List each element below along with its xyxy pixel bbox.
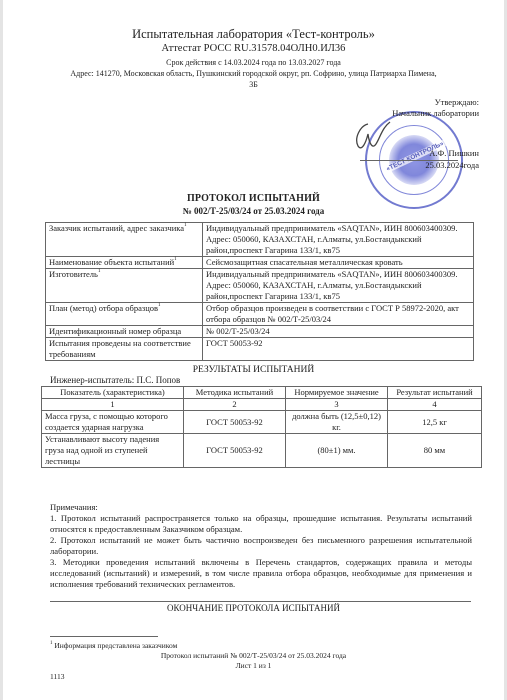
- col-number: 1: [42, 399, 184, 411]
- signature-icon: [350, 116, 400, 156]
- results-title: РЕЗУЛЬТАТЫ ИСПЫТАНИЙ: [0, 365, 507, 375]
- notes-title: Примечания:: [50, 502, 472, 513]
- norm-cell: должна быть (12,5±0,12) кг.: [286, 411, 388, 434]
- method-cell: ГОСТ 50053-92: [184, 434, 286, 468]
- info-value: Сейсмозащитная спасательная металлическа…: [203, 257, 474, 269]
- result-cell: 80 мм: [388, 434, 482, 468]
- table-row: Заказчик испытаний, адрес заказчика1 Инд…: [46, 223, 474, 257]
- info-value: Индивидуальный предприниматель «SAQTAN»,…: [203, 223, 474, 257]
- lab-name: Испытательная лаборатория «Тест-контроль…: [0, 27, 507, 42]
- table-header-row: Показатель (характеристика) Методика исп…: [42, 387, 482, 399]
- note-item: 3. Методики проведения испытаний включен…: [50, 557, 472, 590]
- col-header-indicator: Показатель (характеристика): [42, 387, 184, 399]
- col-number: 2: [184, 399, 286, 411]
- accreditation: Аттестат РОСС RU.31578.04ОЛН0.ИЛ36: [0, 43, 507, 54]
- info-key: Наименование объекта испытаний1: [46, 257, 203, 269]
- info-key: Идентификационный номер образца: [46, 326, 203, 338]
- table-row: Испытания проведены на соответствие треб…: [46, 338, 474, 361]
- footnote-divider: [50, 636, 158, 637]
- results-table: Показатель (характеристика) Методика исп…: [41, 386, 482, 468]
- notes-section: Примечания: 1. Протокол испытаний распро…: [50, 502, 472, 590]
- footer-sheet: Лист 1 из 1: [0, 661, 507, 670]
- lab-address-cont: 3Б: [0, 80, 507, 89]
- info-value: Отбор образцов произведен в соответствии…: [203, 303, 474, 326]
- indicator-cell: Масса груза, с помощью которого создаетс…: [42, 411, 184, 434]
- info-table: Заказчик испытаний, адрес заказчика1 Инд…: [45, 222, 474, 361]
- info-key: Заказчик испытаний, адрес заказчика1: [46, 223, 203, 257]
- approve-label: Утверждаю:: [435, 97, 479, 107]
- protocol-number: № 002/Т-25/03/24 от 25.03.2024 года: [0, 206, 507, 216]
- table-row: Изготовитель1 Индивидуальный предпринима…: [46, 269, 474, 303]
- table-row: План (метод) отбора образцов1 Отбор обра…: [46, 303, 474, 326]
- footer-protocol-ref: Протокол испытаний № 002/Т-25/03/24 от 2…: [0, 651, 507, 660]
- info-key: План (метод) отбора образцов1: [46, 303, 203, 326]
- engineer-name: Инженер-испытатель: П.С. Попов: [50, 375, 180, 385]
- col-header-method: Методика испытаний: [184, 387, 286, 399]
- info-value: № 002/Т-25/03/24: [203, 326, 474, 338]
- lab-address: Адрес: 141270, Московская область, Пушки…: [0, 69, 507, 78]
- info-key: Изготовитель1: [46, 269, 203, 303]
- note-item: 1. Протокол испытаний распространяется т…: [50, 513, 472, 535]
- approver-name: А.Ф. Пишкин: [429, 148, 479, 158]
- table-row: Идентификационный номер образца № 002/Т-…: [46, 326, 474, 338]
- col-number: 4: [388, 399, 482, 411]
- protocol-title: ПРОТОКОЛ ИСПЫТАНИЙ: [0, 193, 507, 204]
- table-row: Масса груза, с помощью которого создаетс…: [42, 411, 482, 434]
- col-header-result: Результат испытаний: [388, 387, 482, 399]
- divider: [50, 601, 471, 602]
- indicator-cell: Устанавливают высоту падения груза над о…: [42, 434, 184, 468]
- column-number-row: 1 2 3 4: [42, 399, 482, 411]
- footnote: 1 Информация представлена заказчиком: [50, 641, 177, 650]
- approver-position: Начальник лаборатории: [392, 108, 479, 118]
- col-number: 3: [286, 399, 388, 411]
- norm-cell: (80±1) мм.: [286, 434, 388, 468]
- info-value: ГОСТ 50053-92: [203, 338, 474, 361]
- end-of-protocol: ОКОНЧАНИЕ ПРОТОКОЛА ИСПЫТАНИЙ: [0, 603, 507, 613]
- col-header-norm: Нормируемое значение: [286, 387, 388, 399]
- info-value: Индивидуальный предприниматель «SAQTAN»,…: [203, 269, 474, 303]
- page-edge-left: [0, 0, 3, 700]
- method-cell: ГОСТ 50053-92: [184, 411, 286, 434]
- table-row: Устанавливают высоту падения груза над о…: [42, 434, 482, 468]
- table-row: Наименование объекта испытаний1 Сейсмоза…: [46, 257, 474, 269]
- result-cell: 12,5 кг: [388, 411, 482, 434]
- info-key: Испытания проведены на соответствие треб…: [46, 338, 203, 361]
- page-code: 1113: [50, 672, 64, 681]
- note-item: 2. Протокол испытаний не может быть част…: [50, 535, 472, 557]
- validity-period: Срок действия с 14.03.2024 года по 13.03…: [0, 58, 507, 67]
- approval-date: 25.03.2024года: [425, 160, 479, 170]
